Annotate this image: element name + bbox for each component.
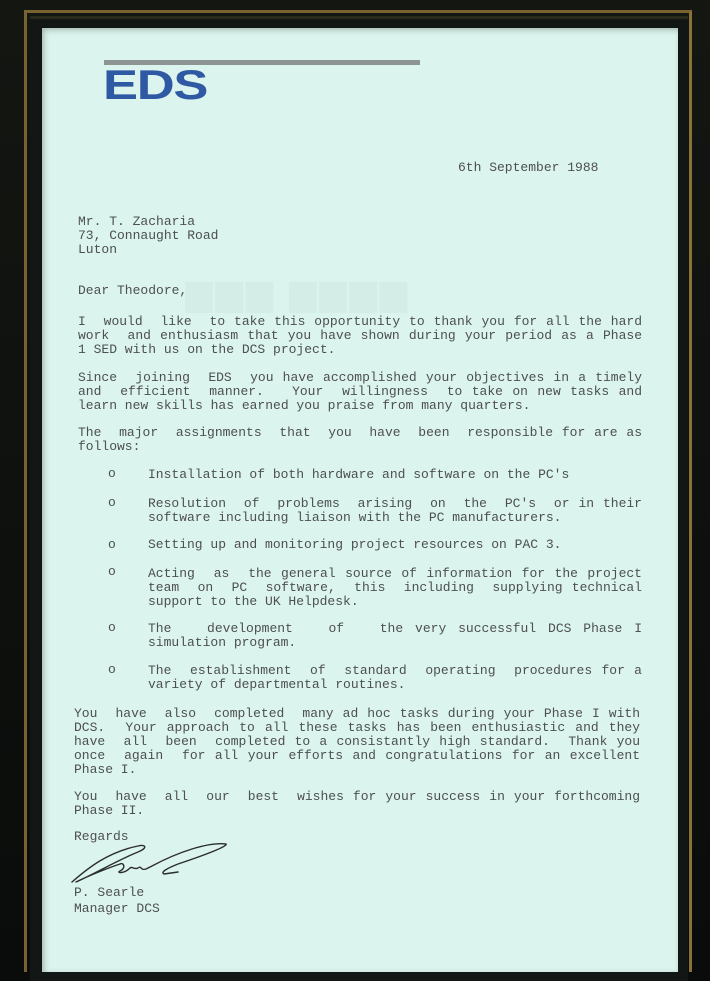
signatory-name: P. Searle [74, 886, 144, 900]
bullet-icon: o [108, 621, 116, 635]
assignment-item: Resolution of problems arising on the PC… [148, 497, 642, 525]
assignment-item: Acting as the general source of informat… [148, 567, 642, 609]
salutation: Dear Theodore, [78, 284, 187, 298]
recipient-address-line1: 73, Connaught Road [78, 229, 218, 243]
bullet-icon: o [108, 538, 116, 552]
signatory-title: Manager DCS [74, 902, 160, 916]
assignment-item: Setting up and monitoring project resour… [148, 538, 642, 552]
paragraph-assignments-intro: The major assignments that you have been… [78, 426, 642, 454]
paragraph-best-wishes: You have all our best wishes for your su… [74, 790, 640, 818]
paragraph-line: You have all our best wishes for your su… [74, 790, 640, 804]
paragraph-line: once again for all your efforts and cong… [74, 749, 640, 763]
assignment-line: Resolution of problems arising on the PC… [148, 497, 642, 511]
bullet-icon: o [108, 663, 116, 677]
recipient-address-line2: Luton [78, 243, 117, 257]
paragraph-line: DCS. Your approach to all these tasks ha… [74, 721, 640, 735]
assignment-line: team on PC software, this including supp… [148, 581, 642, 595]
assignment-line: Setting up and monitoring project resour… [148, 538, 642, 552]
assignment-line: Acting as the general source of informat… [148, 567, 642, 581]
assignment-line: variety of departmental routines. [148, 678, 642, 692]
handwritten-signature [68, 838, 238, 888]
paragraph-line: Since joining EDS you have accomplished … [78, 371, 642, 385]
assignment-item: The development of the very successful D… [148, 622, 642, 650]
assignment-line: The establishment of standard operating … [148, 664, 642, 678]
paper-watermark: ▆▆▆ ▆▆▆▆ [186, 273, 410, 313]
paragraph-line: have all been completed to a consistantl… [74, 735, 640, 749]
paragraph-line: Phase I. [74, 763, 640, 777]
assignment-item: The establishment of standard operating … [148, 664, 642, 692]
assignment-line: software including liaison with the PC m… [148, 511, 642, 525]
assignment-line: The development of the very successful D… [148, 622, 642, 636]
paragraph-line: follows: [78, 440, 642, 454]
paragraph-line: I would like to take this opportunity to… [78, 315, 642, 329]
paragraph-line: 1 SED with us on the DCS project. [78, 343, 642, 357]
letter-date: 6th September 1988 [458, 161, 598, 175]
assignment-line: support to the UK Helpdesk. [148, 595, 642, 609]
paragraph-adhoc-tasks: You have also completed many ad hoc task… [74, 707, 640, 777]
paragraph-line: Phase II. [74, 804, 640, 818]
paragraph-line: work and enthusiasm that you have shown … [78, 329, 642, 343]
paragraph-thanks: I would like to take this opportunity to… [78, 315, 642, 357]
bullet-icon: o [108, 565, 116, 579]
bullet-icon: o [108, 496, 116, 510]
assignment-line: Installation of both hardware and softwa… [148, 468, 642, 482]
paragraph-line: learn new skills has earned you praise f… [78, 399, 642, 413]
assignment-item: Installation of both hardware and softwa… [148, 468, 642, 482]
assignment-line: simulation program. [148, 636, 642, 650]
paragraph-accomplishments: Since joining EDS you have accomplished … [78, 371, 642, 413]
paragraph-line: The major assignments that you have been… [78, 426, 642, 440]
company-logo: EDS [103, 64, 207, 106]
paragraph-line: and efficient manner. Your willingness t… [78, 385, 642, 399]
paragraph-line: You have also completed many ad hoc task… [74, 707, 640, 721]
recipient-name: Mr. T. Zacharia [78, 215, 195, 229]
bullet-icon: o [108, 467, 116, 481]
